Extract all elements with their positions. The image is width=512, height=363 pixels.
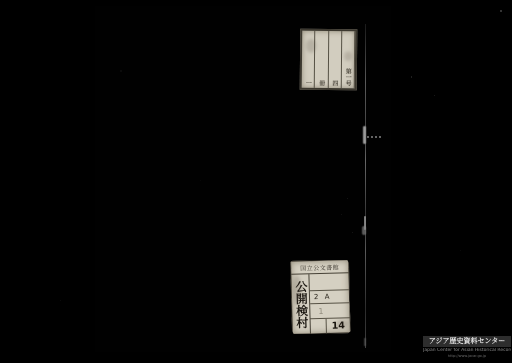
dust-speck (352, 232, 353, 233)
label-smudge (306, 39, 316, 53)
jacar-watermark-url: http://www.jacar.go.jp (423, 354, 511, 358)
title-label-column-text: 一 (304, 80, 311, 86)
scanned-page: 一 冊 四 第一号 国立公文書館 公開検村 2 A 1 14 (0, 0, 512, 363)
book-fore-edge-highlight (365, 24, 366, 348)
dust-speck (341, 214, 342, 215)
fore-edge-foot-highlight (364, 338, 366, 346)
jacar-watermark-japanese: アジア歴史資料センター (423, 336, 511, 347)
binding-tie-stitches (367, 136, 381, 138)
dust-speck (460, 250, 461, 251)
dust-speck (347, 198, 348, 199)
archives-catalog-label: 国立公文書館 公開検村 2 A 1 14 (290, 259, 351, 335)
binding-knot-top (363, 126, 366, 144)
dust-speck (120, 70, 122, 72)
title-label-column-text: 第一号 (344, 68, 351, 86)
top-title-label: 一 冊 四 第一号 (300, 29, 358, 90)
title-label-column-text: 四 (331, 80, 338, 86)
jacar-watermark: アジア歴史資料センター Japan Center for Asian Histo… (423, 336, 511, 358)
dust-speck (411, 76, 412, 78)
title-label-column: 冊 (315, 31, 329, 88)
call-number-row-class: 2 A (310, 290, 349, 304)
dust-speck (500, 10, 502, 12)
dust-speck (60, 300, 61, 301)
call-number-row-blank (309, 273, 348, 291)
title-label-column-text: 冊 (318, 80, 325, 86)
call-number-row-middle: 1 (310, 303, 349, 319)
title-label-column: 四 (328, 31, 342, 88)
binding-knot-lower (362, 226, 366, 235)
dust-speck (434, 95, 435, 96)
label-smudge (344, 51, 352, 61)
call-number-empty-cell (311, 319, 327, 334)
dust-speck (200, 180, 201, 181)
